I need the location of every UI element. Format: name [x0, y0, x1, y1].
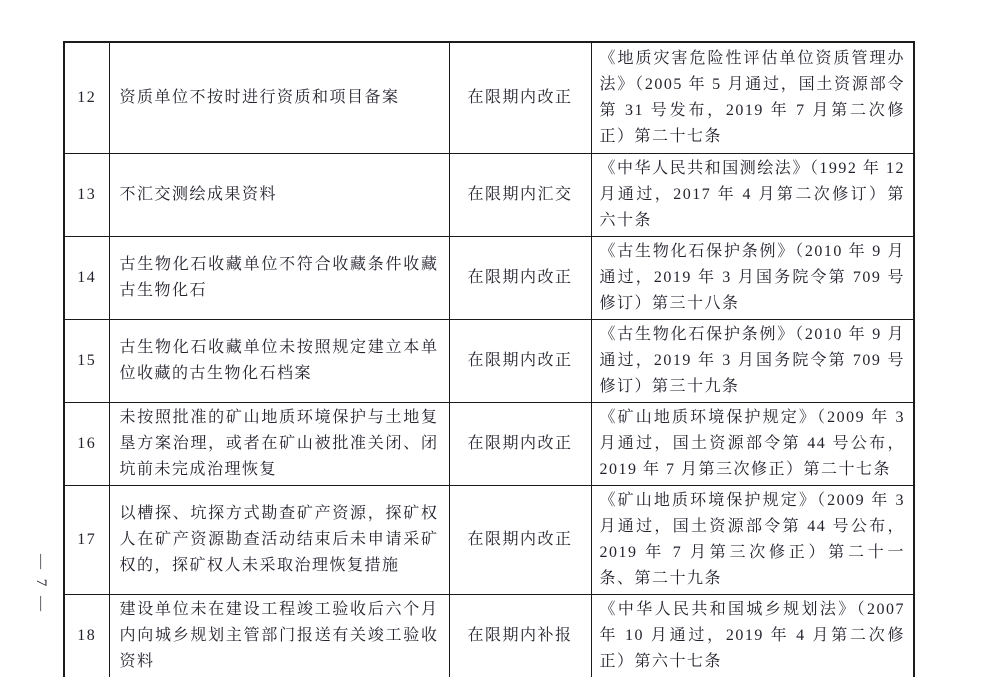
violation-cell: 未按照批准的矿山地质环境保护与土地复垦方案治理，或者在矿山被批准关闭、闭坑前未完…: [109, 402, 449, 485]
table-row: 12资质单位不按时进行资质和项目备案在限期内改正《地质灾害危险性评估单位资质管理…: [64, 42, 914, 153]
table-row: 16未按照批准的矿山地质环境保护与土地复垦方案治理，或者在矿山被批准关闭、闭坑前…: [64, 402, 914, 485]
document-page: — 7 — 12资质单位不按时进行资质和项目备案在限期内改正《地质灾害危险性评估…: [0, 0, 986, 677]
row-number-cell: 12: [64, 42, 109, 153]
legal-basis-cell: 《中华人民共和国测绘法》（1992 年 12 月通过，2017 年 4 月第二次…: [591, 153, 914, 236]
legal-basis-cell: 《矿山地质环境保护规定》（2009 年 3 月通过，国土资源部令第 44 号公布…: [591, 485, 914, 594]
correction-requirement-cell: 在限期内改正: [449, 236, 591, 319]
row-number-cell: 15: [64, 319, 109, 402]
violation-cell: 资质单位不按时进行资质和项目备案: [109, 42, 449, 153]
correction-requirement-cell: 在限期内改正: [449, 42, 591, 153]
page-number: — 7 —: [25, 541, 49, 627]
table-row: 18建设单位未在建设工程竣工验收后六个月内向城乡规划主管部门报送有关竣工验收资料…: [64, 594, 914, 677]
correction-requirement-cell: 在限期内改正: [449, 485, 591, 594]
legal-basis-cell: 《古生物化石保护条例》（2010 年 9 月通过，2019 年 3 月国务院令第…: [591, 319, 914, 402]
violation-cell: 古生物化石收藏单位不符合收藏条件收藏古生物化石: [109, 236, 449, 319]
correction-requirement-cell: 在限期内补报: [449, 594, 591, 677]
correction-requirement-cell: 在限期内改正: [449, 319, 591, 402]
table-row: 13不汇交测绘成果资料在限期内汇交《中华人民共和国测绘法》（1992 年 12 …: [64, 153, 914, 236]
row-number-cell: 16: [64, 402, 109, 485]
correction-requirement-cell: 在限期内汇交: [449, 153, 591, 236]
row-number-cell: 14: [64, 236, 109, 319]
violation-cell: 不汇交测绘成果资料: [109, 153, 449, 236]
legal-basis-cell: 《地质灾害危险性评估单位资质管理办法》（2005 年 5 月通过，国土资源部令第…: [591, 42, 914, 153]
regulation-table-body: 12资质单位不按时进行资质和项目备案在限期内改正《地质灾害危险性评估单位资质管理…: [64, 42, 914, 677]
legal-basis-cell: 《矿山地质环境保护规定》（2009 年 3 月通过，国土资源部令第 44 号公布…: [591, 402, 914, 485]
row-number-cell: 13: [64, 153, 109, 236]
violation-cell: 以槽探、坑探方式勘查矿产资源，探矿权人在矿产资源勘查活动结束后未申请采矿权的，探…: [109, 485, 449, 594]
legal-basis-cell: 《中华人民共和国城乡规划法》（2007 年 10 月通过，2019 年 4 月第…: [591, 594, 914, 677]
violation-cell: 古生物化石收藏单位未按照规定建立本单位收藏的古生物化石档案: [109, 319, 449, 402]
row-number-cell: 18: [64, 594, 109, 677]
legal-basis-cell: 《古生物化石保护条例》（2010 年 9 月通过，2019 年 3 月国务院令第…: [591, 236, 914, 319]
table-row: 14古生物化石收藏单位不符合收藏条件收藏古生物化石在限期内改正《古生物化石保护条…: [64, 236, 914, 319]
regulation-table: 12资质单位不按时进行资质和项目备案在限期内改正《地质灾害危险性评估单位资质管理…: [63, 41, 915, 677]
row-number-cell: 17: [64, 485, 109, 594]
table-row: 15古生物化石收藏单位未按照规定建立本单位收藏的古生物化石档案在限期内改正《古生…: [64, 319, 914, 402]
table-row: 17以槽探、坑探方式勘查矿产资源，探矿权人在矿产资源勘查活动结束后未申请采矿权的…: [64, 485, 914, 594]
violation-cell: 建设单位未在建设工程竣工验收后六个月内向城乡规划主管部门报送有关竣工验收资料: [109, 594, 449, 677]
correction-requirement-cell: 在限期内改正: [449, 402, 591, 485]
